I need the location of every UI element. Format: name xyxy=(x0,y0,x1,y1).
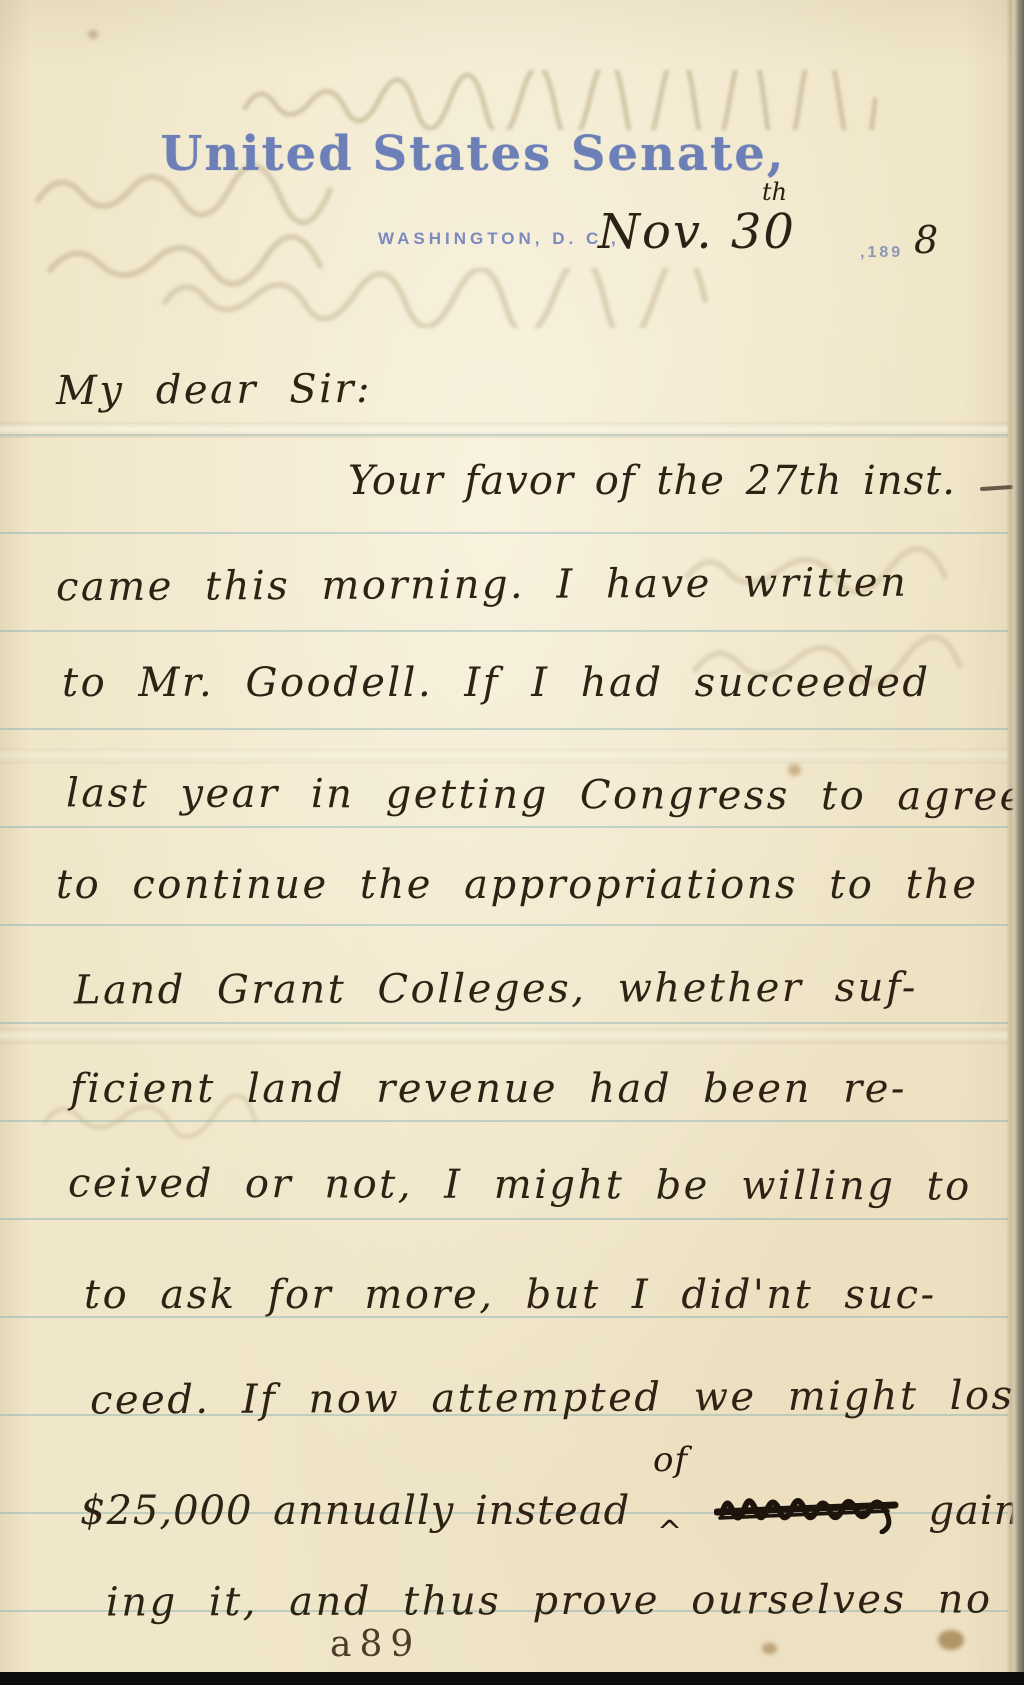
letter-line: ficient land revenue had been re- xyxy=(70,1066,907,1112)
letter-line: to Mr. Goodell. If I had succeeded xyxy=(62,660,930,706)
letter-line-with-correction: $25,000 annually instead of ^ gain- xyxy=(80,1478,1024,1544)
page-edge-shadow xyxy=(1006,0,1024,1672)
bleedthrough-mark xyxy=(240,70,880,130)
letter-line: Land Grant Colleges, whether suf- xyxy=(74,965,918,1014)
letter-line: last year in getting Congress to agree xyxy=(66,770,1024,819)
letterhead-title: United States Senate, xyxy=(0,126,946,182)
paper-crease xyxy=(0,422,1008,438)
inserted-word: of xyxy=(653,1440,688,1480)
insertion: of ^ xyxy=(651,1478,687,1524)
bleedthrough-mark xyxy=(30,160,360,310)
letter-line: ceed. If now attempted we might lose xyxy=(90,1373,1024,1424)
letter-line: ing it, and thus prove ourselves no xyxy=(106,1576,993,1625)
letter-line-pre: $25,000 annually instead xyxy=(80,1488,630,1534)
paper-crease xyxy=(0,1028,1008,1044)
strikethrough-scribble xyxy=(714,1482,902,1544)
scan-background-strip xyxy=(0,1672,1024,1685)
ink-stain xyxy=(88,30,98,39)
ink-stain xyxy=(788,764,801,776)
archival-page-number: a89 xyxy=(330,1624,421,1665)
letterhead-place: WASHINGTON, D. C., xyxy=(378,229,620,249)
caret-mark: ^ xyxy=(657,1515,683,1550)
ink-stain xyxy=(938,1630,964,1650)
letter-line: to ask for more, but I did'nt suc- xyxy=(84,1272,937,1318)
date-handwritten: Nov. 30 xyxy=(598,204,796,260)
bleedthrough-mark xyxy=(160,268,720,328)
date-ordinal-suffix: th xyxy=(762,178,787,206)
letter-line: ceived or not, I might be willing to xyxy=(68,1160,972,1209)
year-printed: ,189 xyxy=(860,244,903,262)
paper-crease xyxy=(0,748,1008,764)
ink-stain xyxy=(762,1643,777,1654)
salutation: My dear Sir: xyxy=(56,366,372,414)
letter-scan-page: United States Senate, WASHINGTON, D. C.,… xyxy=(0,0,1024,1685)
letter-line: came this morning. I have written xyxy=(56,560,908,610)
letter-line: Your favor of the 27th inst. xyxy=(348,458,956,504)
year-handwritten-digit: 8 xyxy=(914,218,938,262)
letter-line: to continue the appropriations to the xyxy=(56,862,979,908)
